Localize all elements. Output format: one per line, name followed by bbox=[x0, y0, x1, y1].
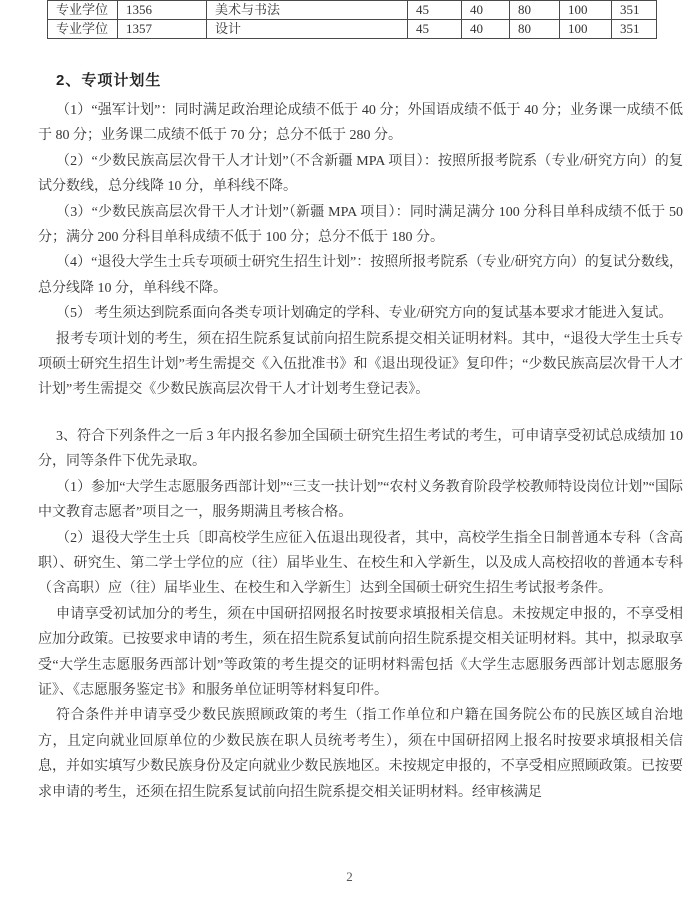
section-heading: 2、专项计划生 bbox=[56, 69, 683, 93]
paragraph: （1）“强军计划”：同时满足政治理论成绩不低于 40 分；外国语成绩不低于 40… bbox=[38, 98, 683, 149]
page-number: 2 bbox=[0, 869, 699, 885]
table-cell-major-name: 设计 bbox=[207, 20, 408, 39]
paragraph: （2）退役大学生士兵〔即高校学生应征入伍退出现役者，其中，高校学生指全日制普通本… bbox=[38, 526, 683, 602]
paragraph: （3）“少数民族高层次骨干人才计划”（新疆 MPA 项目）：同时满足满分 100… bbox=[38, 200, 683, 251]
table-cell-score: 100 bbox=[560, 20, 612, 39]
table-cell-score: 45 bbox=[408, 20, 462, 39]
table-cell-score: 80 bbox=[510, 1, 560, 20]
paragraph: 3、符合下列条件之一后 3 年内报名参加全国硕士研究生招生考试的考生，可申请享受… bbox=[38, 424, 683, 475]
paragraph: 报考专项计划的考生，须在招生院系复试前向招生院系提交相关证明材料。其中，“退役大… bbox=[38, 327, 683, 403]
score-table: 专业学位 1356 美术与书法 45 40 80 100 351 专业学位 13… bbox=[47, 0, 657, 39]
table-cell-score: 45 bbox=[408, 1, 462, 20]
table-row: 专业学位 1356 美术与书法 45 40 80 100 351 bbox=[48, 1, 657, 20]
paragraph: （4）“退役大学生士兵专项硕士研究生招生计划”：按照所报考院系（专业/研究方向）… bbox=[38, 250, 683, 301]
table-cell-score: 40 bbox=[462, 20, 510, 39]
document-body: 2、专项计划生 （1）“强军计划”：同时满足政治理论成绩不低于 40 分；外国语… bbox=[38, 66, 683, 805]
table-cell-score: 40 bbox=[462, 1, 510, 20]
paragraph: 符合条件并申请享受少数民族照顾政策的考生（指工作单位和户籍在国务院公布的民族区域… bbox=[38, 703, 683, 805]
table-cell-degree-type: 专业学位 bbox=[48, 20, 118, 39]
table-row: 专业学位 1357 设计 45 40 80 100 351 bbox=[48, 20, 657, 39]
paragraph: 申请享受初试加分的考生，须在中国研招网报名时按要求填报相关信息。未按规定申报的，… bbox=[38, 602, 683, 704]
table-cell-major-name: 美术与书法 bbox=[207, 1, 408, 20]
table-cell-major-code: 1357 bbox=[118, 20, 207, 39]
table-cell-degree-type: 专业学位 bbox=[48, 1, 118, 20]
paragraph: （5） 考生须达到院系面向各类专项计划确定的学科、专业/研究方向的复试基本要求才… bbox=[38, 301, 683, 326]
table-cell-score: 100 bbox=[560, 1, 612, 20]
table-cell-total-score: 351 bbox=[612, 20, 657, 39]
paragraph: （2）“少数民族高层次骨干人才计划”（不含新疆 MPA 项目）：按照所报考院系（… bbox=[38, 149, 683, 200]
paragraph: （1）参加“大学生志愿服务西部计划”“三支一扶计划”“农村义务教育阶段学校教师特… bbox=[38, 475, 683, 526]
document-page: 专业学位 1356 美术与书法 45 40 80 100 351 专业学位 13… bbox=[0, 0, 699, 905]
table-cell-total-score: 351 bbox=[612, 1, 657, 20]
score-table-container: 专业学位 1356 美术与书法 45 40 80 100 351 专业学位 13… bbox=[47, 0, 657, 39]
table-cell-major-code: 1356 bbox=[118, 1, 207, 20]
table-cell-score: 80 bbox=[510, 20, 560, 39]
